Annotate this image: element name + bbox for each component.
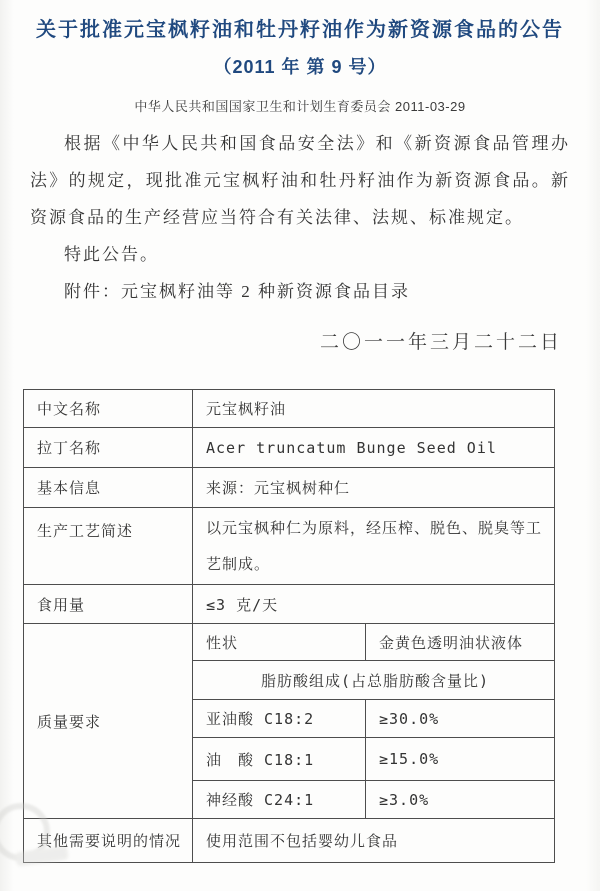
row-label-basic-info: 基本信息 xyxy=(24,468,193,508)
attachment-paragraph: 附件：元宝枫籽油等 2 种新资源食品目录 xyxy=(30,273,570,310)
row-label-chinese-name: 中文名称 xyxy=(24,390,193,428)
quality-character-label: 性状 xyxy=(193,624,366,661)
table-row: 基本信息 来源：元宝枫树种仁 xyxy=(24,468,555,508)
table-row: 生产工艺简述 以元宝枫种仁为原料，经压榨、脱色、脱臭等工艺制成。 xyxy=(24,508,555,585)
row-label-other: 其他需要说明的情况 xyxy=(24,819,193,863)
quality-character-value: 金黄色透明油状液体 xyxy=(366,624,555,661)
notice-paragraph: 特此公告。 xyxy=(30,236,570,273)
main-paragraph: 根据《中华人民共和国食品安全法》和《新资源食品管理办法》的规定，现批准元宝枫籽油… xyxy=(30,125,570,236)
oleic-acid-value: ≥15.0% xyxy=(366,738,555,781)
document-title: 关于批准元宝枫籽油和牡丹籽油作为新资源食品的公告 xyxy=(0,16,600,44)
row-label-process: 生产工艺简述 xyxy=(24,508,193,585)
linoleic-acid-value: ≥30.0% xyxy=(366,700,555,738)
row-value-intake: ≤3 克/天 xyxy=(193,585,555,624)
row-label-quality: 质量要求 xyxy=(24,624,193,819)
table-row: 食用量 ≤3 克/天 xyxy=(24,585,555,624)
table-row: 中文名称 元宝枫籽油 xyxy=(24,390,555,428)
row-label-latin-name: 拉丁名称 xyxy=(24,428,193,468)
document-body: 根据《中华人民共和国食品安全法》和《新资源食品管理办法》的规定，现批准元宝枫籽油… xyxy=(0,125,600,310)
nervonic-acid-label: 神经酸 C24:1 xyxy=(193,781,366,819)
document-page: 关于批准元宝枫籽油和牡丹籽油作为新资源食品的公告 （2011 年 第 9 号） … xyxy=(0,0,600,891)
row-value-other: 使用范围不包括婴幼儿食品 xyxy=(193,819,555,863)
signature-date: 二〇一一年三月二十二日 xyxy=(0,327,600,354)
linoleic-acid-label: 亚油酸 C18:2 xyxy=(193,700,366,738)
issuing-agency-and-date: 中华人民共和国国家卫生和计划生育委员会 2011-03-29 xyxy=(0,96,600,115)
table-row: 质量要求 性状 金黄色透明油状液体 xyxy=(24,624,555,661)
oleic-acid-label: 油 酸 C18:1 xyxy=(193,738,366,781)
table-row: 其他需要说明的情况 使用范围不包括婴幼儿食品 xyxy=(24,819,555,863)
row-value-process: 以元宝枫种仁为原料，经压榨、脱色、脱臭等工艺制成。 xyxy=(193,508,555,585)
row-value-latin-name: Acer truncatum Bunge Seed Oil xyxy=(193,428,555,468)
row-value-basic-info: 来源：元宝枫树种仁 xyxy=(193,468,555,508)
table-row: 拉丁名称 Acer truncatum Bunge Seed Oil xyxy=(24,428,555,468)
spec-table: 中文名称 元宝枫籽油 拉丁名称 Acer truncatum Bunge See… xyxy=(23,389,555,863)
row-label-intake: 食用量 xyxy=(24,585,193,624)
nervonic-acid-value: ≥3.0% xyxy=(366,781,555,819)
fatty-acid-header: 脂肪酸组成(占总脂肪酸含量比) xyxy=(193,661,555,700)
document-number: （2011 年 第 9 号） xyxy=(0,53,600,79)
row-value-chinese-name: 元宝枫籽油 xyxy=(193,390,555,428)
